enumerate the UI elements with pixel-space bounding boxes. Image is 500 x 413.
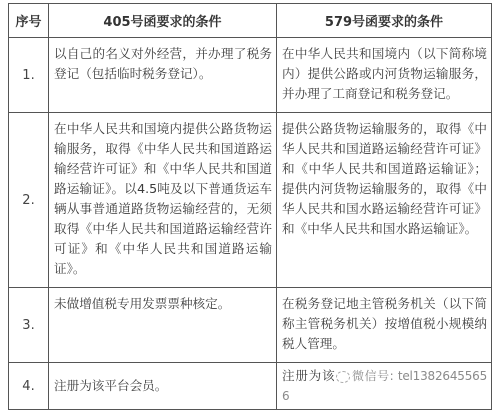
comparison-table: 序号 405号函要求的条件 579号函要求的条件 1. 以自己的名义对外经营，并…	[8, 3, 492, 410]
condition-579-text: 注册为该	[282, 368, 335, 383]
table-row: 3. 未做增值税专用发票票种核定。 在税务登记地主管税务机关（以下简称主管税务机…	[9, 288, 492, 363]
condition-579: 注册为该微信号: tel13826455656	[277, 363, 492, 410]
wechat-watermark-icon	[336, 371, 350, 383]
table-header-row: 序号 405号函要求的条件 579号函要求的条件	[9, 4, 492, 38]
table-row: 1. 以自己的名义对外经营，并办理了税务登记（包括临时税务登记）。 在中华人民共…	[9, 38, 492, 113]
table-row: 2. 在中华人民共和国境内提供公路货物运输服务，取得《中华人民共和国道路运输经营…	[9, 113, 492, 288]
condition-405: 以自己的名义对外经营，并办理了税务登记（包括临时税务登记）。	[49, 38, 277, 113]
condition-405: 未做增值税专用发票票种核定。	[49, 288, 277, 363]
condition-405: 注册为该平台会员。	[49, 363, 277, 410]
row-number: 2.	[9, 113, 49, 288]
header-579: 579号函要求的条件	[277, 4, 492, 38]
header-no: 序号	[9, 4, 49, 38]
table-row: 4. 注册为该平台会员。 注册为该微信号: tel13826455656	[9, 363, 492, 410]
condition-579: 提供公路货物运输服务的，取得《中华人民共和国道路运输经营许可证》和《中华人民共和…	[277, 113, 492, 288]
row-number: 3.	[9, 288, 49, 363]
header-405: 405号函要求的条件	[49, 4, 277, 38]
condition-579: 在税务登记地主管税务机关（以下简称主管税务机关）按增值税小规模纳税人管理。	[277, 288, 492, 363]
condition-579: 在中华人民共和国境内（以下简称境内）提供公路或内河货物运输服务，并办理了工商登记…	[277, 38, 492, 113]
row-number: 4.	[9, 363, 49, 410]
condition-405: 在中华人民共和国境内提供公路货物运输服务，取得《中华人民共和国道路运输经营许可证…	[49, 113, 277, 288]
row-number: 1.	[9, 38, 49, 113]
